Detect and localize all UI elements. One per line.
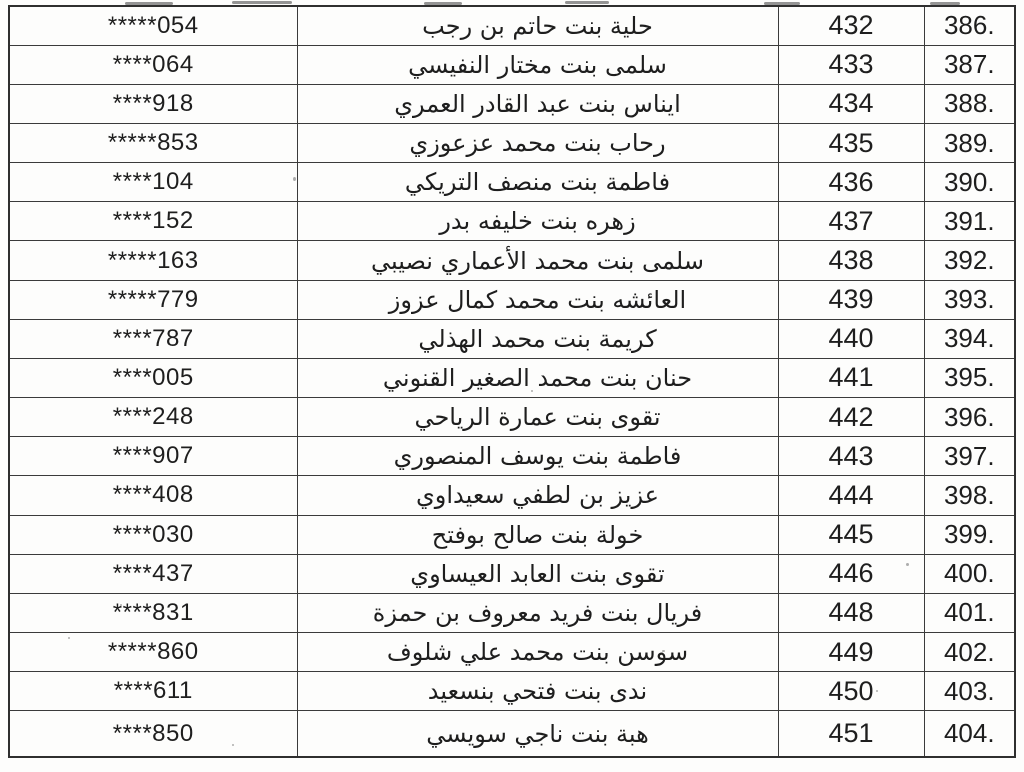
number-cell: 438 xyxy=(778,241,924,280)
name-cell: تقوى بنت عمارة الرياحي xyxy=(297,398,778,437)
number-cell: 448 xyxy=(778,593,924,632)
table-row: *****163سلمى بنت محمد الأعماري نصيبي4383… xyxy=(9,241,1015,280)
name-cell: فريال بنت فريد معروف بن حمزة xyxy=(297,593,778,632)
name-cell: تقوى بنت العابد العيساوي xyxy=(297,554,778,593)
name-cell: فاطمة بنت منصف التريكي xyxy=(297,163,778,202)
scan-speck xyxy=(120,604,122,606)
number-cell: 441 xyxy=(778,358,924,397)
masked-id-cell: ****850 xyxy=(9,711,297,757)
name-cell: سلمى بنت مختار النفيسي xyxy=(297,45,778,84)
masked-id-cell: ****064 xyxy=(9,45,297,84)
name-cell: فاطمة بنت يوسف المنصوري xyxy=(297,437,778,476)
masked-id-cell: ****005 xyxy=(9,358,297,397)
serial-cell: 402. xyxy=(924,633,1015,672)
scan-smudge xyxy=(232,1,292,4)
table-row: ****248تقوى بنت عمارة الرياحي442396. xyxy=(9,398,1015,437)
table-row: *****860سوسن بنت محمد علي شلوف449402. xyxy=(9,633,1015,672)
masked-id-cell: ****104 xyxy=(9,163,297,202)
serial-cell: 394. xyxy=(924,319,1015,358)
number-cell: 442 xyxy=(778,398,924,437)
number-cell: 436 xyxy=(778,163,924,202)
table-row: *****853رحاب بنت محمد عزعوزي435389. xyxy=(9,123,1015,162)
masked-id-cell: ****437 xyxy=(9,554,297,593)
serial-cell: 403. xyxy=(924,672,1015,711)
name-cell: ندى بنت فتحي بنسعيد xyxy=(297,672,778,711)
table-row: *****779العائشه بنت محمد كمال عزوز439393… xyxy=(9,280,1015,319)
masked-id-cell: *****163 xyxy=(9,241,297,280)
masked-id-cell: ****918 xyxy=(9,84,297,123)
name-cell: سلمى بنت محمد الأعماري نصيبي xyxy=(297,241,778,280)
table-row: ****918ايناس بنت عبد القادر العمري434388… xyxy=(9,84,1015,123)
table-row: ****408عزيز بن لطفي سعيداوي444398. xyxy=(9,476,1015,515)
serial-cell: 390. xyxy=(924,163,1015,202)
scanned-document-page: *****054حلية بنت حاتم بن رجب432386.****0… xyxy=(0,0,1024,772)
masked-id-cell: *****860 xyxy=(9,633,297,672)
name-cell: حنان بنت محمد الصغير القنوني xyxy=(297,358,778,397)
scan-speck xyxy=(906,563,909,566)
masked-id-cell: ****611 xyxy=(9,672,297,711)
masked-id-cell: ****831 xyxy=(9,593,297,632)
masked-id-cell: ****030 xyxy=(9,515,297,554)
number-cell: 443 xyxy=(778,437,924,476)
serial-cell: 397. xyxy=(924,437,1015,476)
serial-cell: 400. xyxy=(924,554,1015,593)
number-cell: 451 xyxy=(778,711,924,757)
name-cell: زهره بنت خليفه بدر xyxy=(297,202,778,241)
serial-cell: 396. xyxy=(924,398,1015,437)
number-cell: 439 xyxy=(778,280,924,319)
table-row: ****907فاطمة بنت يوسف المنصوري443397. xyxy=(9,437,1015,476)
name-cell: هبة بنت ناجي سويسي xyxy=(297,711,778,757)
serial-cell: 404. xyxy=(924,711,1015,757)
number-cell: 446 xyxy=(778,554,924,593)
name-cell: خولة بنت صالح بوفتح xyxy=(297,515,778,554)
number-cell: 435 xyxy=(778,123,924,162)
table-row: ****030خولة بنت صالح بوفتح445399. xyxy=(9,515,1015,554)
serial-cell: 387. xyxy=(924,45,1015,84)
table-row: ****787كريمة بنت محمد الهذلي440394. xyxy=(9,319,1015,358)
masked-id-cell: ****408 xyxy=(9,476,297,515)
table-row: ****831فريال بنت فريد معروف بن حمزة44840… xyxy=(9,593,1015,632)
name-cell: كريمة بنت محمد الهذلي xyxy=(297,319,778,358)
serial-cell: 386. xyxy=(924,6,1015,45)
table-row: ****064سلمى بنت مختار النفيسي433387. xyxy=(9,45,1015,84)
table-row: ****437تقوى بنت العابد العيساوي446400. xyxy=(9,554,1015,593)
scan-smudge xyxy=(930,2,960,5)
scan-speck xyxy=(293,177,296,181)
table-row: ****611ندى بنت فتحي بنسعيد450403. xyxy=(9,672,1015,711)
scan-smudge xyxy=(764,2,800,5)
serial-cell: 389. xyxy=(924,123,1015,162)
masked-id-cell: ****907 xyxy=(9,437,297,476)
serial-cell: 388. xyxy=(924,84,1015,123)
name-cell: سوسن بنت محمد علي شلوف xyxy=(297,633,778,672)
masked-id-cell: *****853 xyxy=(9,123,297,162)
masked-id-cell: ****248 xyxy=(9,398,297,437)
scan-speck xyxy=(876,690,878,692)
scan-speck xyxy=(662,650,665,652)
number-cell: 444 xyxy=(778,476,924,515)
scan-speck xyxy=(531,390,533,392)
table-row: ****850هبة بنت ناجي سويسي451404. xyxy=(9,711,1015,757)
masked-id-cell: ****152 xyxy=(9,202,297,241)
scan-smudge xyxy=(424,2,462,5)
number-cell: 433 xyxy=(778,45,924,84)
serial-cell: 401. xyxy=(924,593,1015,632)
table-body: *****054حلية بنت حاتم بن رجب432386.****0… xyxy=(9,6,1015,757)
serial-cell: 392. xyxy=(924,241,1015,280)
scan-smudge xyxy=(565,1,609,4)
masked-id-cell: *****054 xyxy=(9,6,297,45)
serial-cell: 391. xyxy=(924,202,1015,241)
name-cell: العائشه بنت محمد كمال عزوز xyxy=(297,280,778,319)
number-cell: 445 xyxy=(778,515,924,554)
number-cell: 440 xyxy=(778,319,924,358)
table-row: *****054حلية بنت حاتم بن رجب432386. xyxy=(9,6,1015,45)
number-cell: 450 xyxy=(778,672,924,711)
scan-smudge xyxy=(125,2,173,5)
number-cell: 432 xyxy=(778,6,924,45)
roster-table: *****054حلية بنت حاتم بن رجب432386.****0… xyxy=(8,5,1016,758)
table-row: ****005حنان بنت محمد الصغير القنوني44139… xyxy=(9,358,1015,397)
scan-speck xyxy=(232,744,234,746)
masked-id-cell: ****787 xyxy=(9,319,297,358)
serial-cell: 395. xyxy=(924,358,1015,397)
number-cell: 449 xyxy=(778,633,924,672)
name-cell: عزيز بن لطفي سعيداوي xyxy=(297,476,778,515)
name-cell: حلية بنت حاتم بن رجب xyxy=(297,6,778,45)
name-cell: ايناس بنت عبد القادر العمري xyxy=(297,84,778,123)
masked-id-cell: *****779 xyxy=(9,280,297,319)
number-cell: 437 xyxy=(778,202,924,241)
table-row: ****152زهره بنت خليفه بدر437391. xyxy=(9,202,1015,241)
table-row: ****104فاطمة بنت منصف التريكي436390. xyxy=(9,163,1015,202)
scan-speck xyxy=(68,637,70,639)
number-cell: 434 xyxy=(778,84,924,123)
serial-cell: 393. xyxy=(924,280,1015,319)
name-cell: رحاب بنت محمد عزعوزي xyxy=(297,123,778,162)
serial-cell: 399. xyxy=(924,515,1015,554)
serial-cell: 398. xyxy=(924,476,1015,515)
